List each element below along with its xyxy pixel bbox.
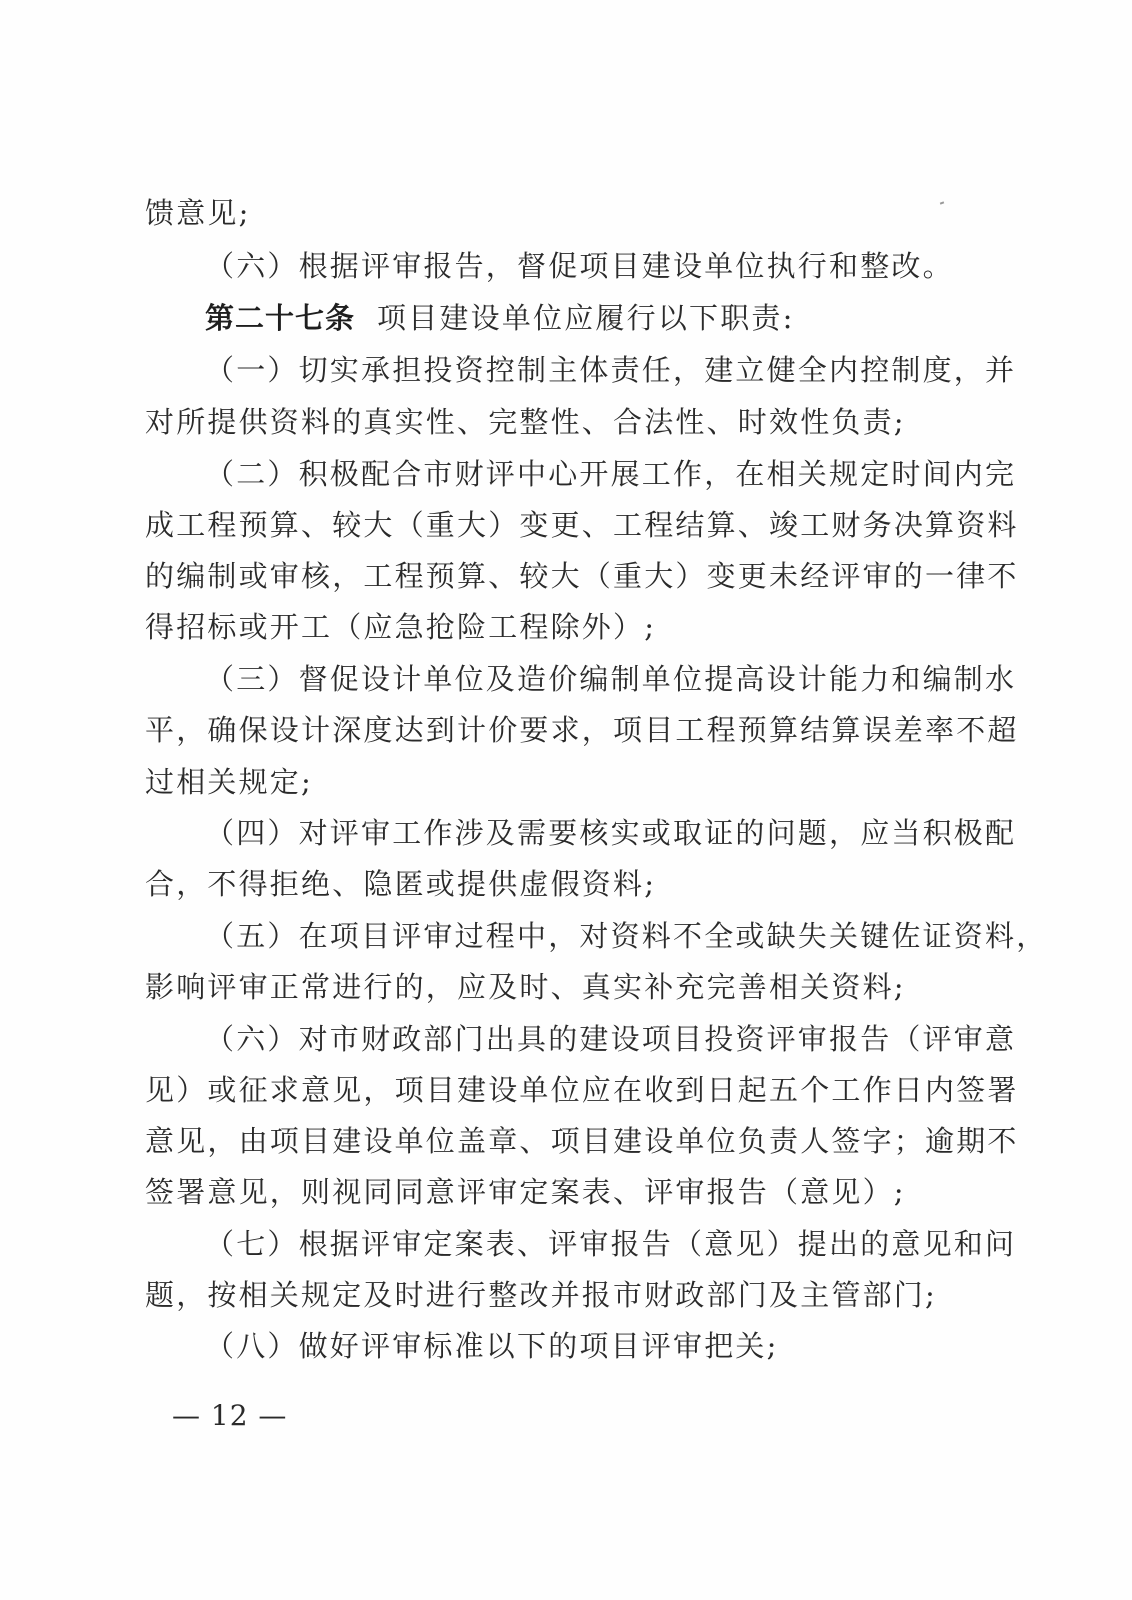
text-line: （五）在项目评审过程中，对资料不全或缺失关键佐证资料，	[205, 916, 1047, 956]
text-line: （七）根据评审定案表、评审报告（意见）提出的意见和问	[205, 1224, 1016, 1264]
text-line: 过相关规定;	[145, 762, 313, 802]
text-line: 影响评审正常进行的，应及时、真实补充完善相关资料;	[145, 967, 906, 1007]
text-line: 题，按相关规定及时进行整改并报市财政部门及主管部门;	[145, 1275, 937, 1315]
text-line: 见）或征求意见，项目建设单位应在收到日起五个工作日内签署	[145, 1070, 1019, 1110]
article-text: 项目建设单位应履行以下职责:	[377, 301, 795, 335]
text-line: 馈意见;	[145, 193, 251, 233]
text-line: （六）对市财政部门出具的建设项目投资评审报告（评审意	[205, 1019, 1016, 1059]
text-line: （八）做好评审标准以下的项目评审把关;	[205, 1326, 779, 1366]
text-line: 得招标或开工（应急抢险工程除外）;	[145, 607, 656, 647]
text-line: 的编制或审核，工程预算、较大（重大）变更未经评审的一律不	[145, 556, 1019, 596]
text-line: 合，不得拒绝、隐匿或提供虚假资料;	[145, 864, 656, 904]
page-number: — 12 —	[172, 1398, 287, 1434]
text-line: 平，确保设计深度达到计价要求，项目工程预算结算误差率不超	[145, 710, 1019, 750]
text-line: （二）积极配合市财评中心开展工作，在相关规定时间内完	[205, 454, 1016, 494]
text-line: 签署意见，则视同同意评审定案表、评审报告（意见）;	[145, 1172, 906, 1212]
text-line: （三）督促设计单位及造价编制单位提高设计能力和编制水	[205, 659, 1016, 699]
text-line: （六）根据评审报告，督促项目建设单位执行和整改。	[205, 246, 954, 286]
text-line: （四）对评审工作涉及需要核实或取证的问题，应当积极配	[205, 813, 1016, 853]
document-page: 馈意见; （六）根据评审报告，督促项目建设单位执行和整改。 第二十七条项目建设单…	[0, 0, 1132, 1600]
text-line: 意见，由项目建设单位盖章、项目建设单位负责人签字；逾期不	[145, 1121, 1019, 1161]
text-line: 对所提供资料的真实性、完整性、合法性、时效性负责;	[145, 402, 906, 442]
article-number: 第二十七条	[205, 301, 355, 335]
text-line: （一）切实承担投资控制主体责任，建立健全内控制度，并	[205, 350, 1016, 390]
article-heading: 第二十七条项目建设单位应履行以下职责:	[205, 298, 795, 338]
scan-speck	[940, 201, 944, 204]
text-line: 成工程预算、较大（重大）变更、工程结算、竣工财务决算资料	[145, 505, 1019, 545]
